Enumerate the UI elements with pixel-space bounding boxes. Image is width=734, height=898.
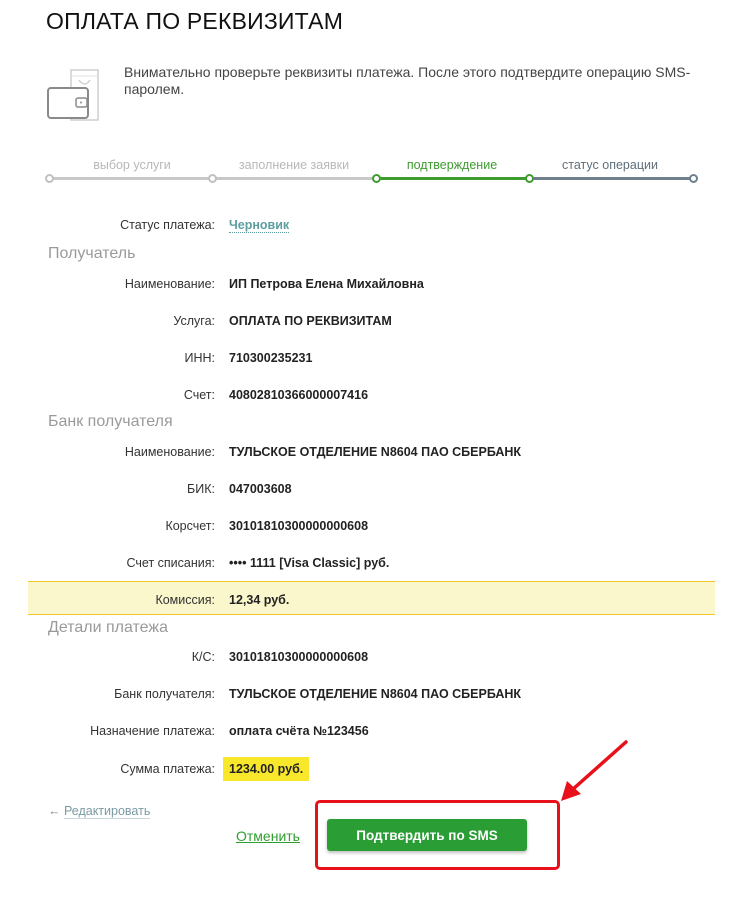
step-line-3 <box>376 177 529 180</box>
details-heading: Детали платежа <box>48 619 168 637</box>
field-label: Банк получателя: <box>114 687 215 701</box>
step-dot-3 <box>372 174 381 183</box>
field-label: К/С: <box>192 650 215 664</box>
step-dot-4 <box>525 174 534 183</box>
field-label: ИНН: <box>184 351 215 365</box>
amount-value: 1234.00 руб. <box>223 757 309 781</box>
field-value: оплата счёта №123456 <box>229 724 369 738</box>
field-value: •••• 1111 [Visa Classic] руб. <box>229 556 389 570</box>
arrow-left-icon: ← <box>48 804 61 818</box>
status-row: Статус платежа: Черновик <box>0 218 734 238</box>
field-label: Наименование: <box>125 277 215 291</box>
debit-account-row: Счет списания: •••• 1111 [Visa Classic] … <box>0 556 734 576</box>
commission-label: Комиссия: <box>155 593 215 607</box>
step-dot-5 <box>689 174 698 183</box>
status-label: Статус платежа: <box>120 218 215 232</box>
field-label: Счет списания: <box>127 556 215 570</box>
field-value: 30101810300000000608 <box>229 519 368 533</box>
edit-link-label[interactable]: Редактировать <box>64 804 150 819</box>
service-row: Услуга: ОПЛАТА ПО РЕКВИЗИТАМ <box>0 314 734 334</box>
step-line-2 <box>212 177 376 180</box>
field-label: Услуга: <box>173 314 215 328</box>
field-label: Назначение платежа: <box>90 724 215 738</box>
field-value: 710300235231 <box>229 351 312 365</box>
step-select-service: выбор услуги <box>52 158 212 172</box>
status-link[interactable]: Черновик <box>229 218 289 233</box>
bank-name-row: Наименование: ТУЛЬСКОЕ ОТДЕЛЕНИЕ N8604 П… <box>0 445 734 465</box>
amount-row: Сумма платежа: 1234.00 руб. <box>0 762 734 782</box>
step-dot-2 <box>208 174 217 183</box>
recipient-name-row: Наименование: ИП Петрова Елена Михайловн… <box>0 277 734 297</box>
step-line-4 <box>529 177 693 180</box>
field-label: БИК: <box>187 482 215 496</box>
step-line-1 <box>48 177 212 180</box>
cancel-link[interactable]: Отменить <box>236 828 300 844</box>
field-value: ТУЛЬСКОЕ ОТДЕЛЕНИЕ N8604 ПАО СБЕРБАНК <box>229 687 521 701</box>
step-operation-status: статус операции <box>530 158 690 172</box>
commission-value: 12,34 руб. <box>229 593 289 607</box>
step-fill-form: заполнение заявки <box>214 158 374 172</box>
inn-row: ИНН: 710300235231 <box>0 351 734 371</box>
field-label: Сумма платежа: <box>120 762 215 776</box>
field-value: ИП Петрова Елена Михайловна <box>229 277 424 291</box>
field-value: 30101810300000000608 <box>229 650 368 664</box>
edit-link[interactable]: ← Редактировать <box>48 804 150 818</box>
progress-steps: выбор услуги заполнение заявки подтвержд… <box>44 150 698 190</box>
bank-heading: Банк получателя <box>48 413 173 431</box>
account-row: Счет: 40802810366000007416 <box>0 388 734 408</box>
field-label: Корсчет: <box>165 519 215 533</box>
recipient-heading: Получатель <box>48 245 135 263</box>
step-dot-1 <box>45 174 54 183</box>
field-value: ОПЛАТА ПО РЕКВИЗИТАМ <box>229 314 392 328</box>
page-title: ОПЛАТА ПО РЕКВИЗИТАМ <box>46 8 343 35</box>
bik-row: БИК: 047003608 <box>0 482 734 502</box>
corr-account-row: Корсчет: 30101810300000000608 <box>0 519 734 539</box>
field-value: 047003608 <box>229 482 292 496</box>
step-confirmation: подтверждение <box>372 158 532 172</box>
field-value: 40802810366000007416 <box>229 388 368 402</box>
recipient-bank-row: Банк получателя: ТУЛЬСКОЕ ОТДЕЛЕНИЕ N860… <box>0 687 734 707</box>
field-label: Счет: <box>184 388 215 402</box>
field-label: Наименование: <box>125 445 215 459</box>
purpose-row: Назначение платежа: оплата счёта №123456 <box>0 724 734 744</box>
wallet-receipt-icon <box>46 68 102 122</box>
ks-row: К/С: 30101810300000000608 <box>0 650 734 670</box>
confirm-sms-button[interactable]: Подтвердить по SMS <box>327 819 527 851</box>
notice-text: Внимательно проверьте реквизиты платежа.… <box>124 64 704 98</box>
commission-row: Комиссия: 12,34 руб. <box>0 593 734 613</box>
field-value: ТУЛЬСКОЕ ОТДЕЛЕНИЕ N8604 ПАО СБЕРБАНК <box>229 445 521 459</box>
